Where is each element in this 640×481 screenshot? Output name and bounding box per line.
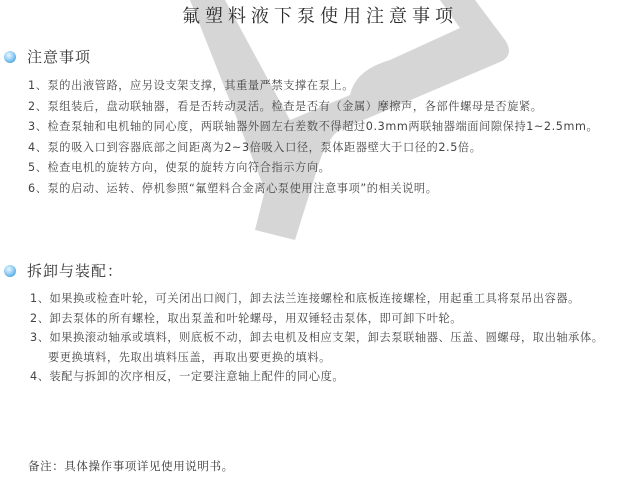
list-item: 2、卸去泵体的所有螺栓，取出泵盖和叶轮螺母，用双锤轻击泵体，即可卸下叶轮。 [30,309,604,329]
list-item-continuation: 要更换填料，先取出填料压盖，再取出要更换的填料。 [30,348,604,368]
list-item: 5、检查电机的旋转方向，使泵的旋转方向符合指示方向。 [28,158,598,179]
list-item: 2、泵组装后，盘动联轴器，看是否转动灵活。检查是否有（金属）摩擦声，各部件螺母是… [28,97,598,118]
list-item: 3、如果换滚动轴承或填料，则底板不动，卸去电机及相应支架，卸去泵联轴器、压盖、圆… [30,328,604,348]
list-item: 3、检查泵轴和电机轴的同心度，两联轴器外圆左右差数不得超过0.3mm两联轴器端面… [28,117,598,138]
page-title: 氟塑料液下泵使用注意事项 [0,2,640,28]
list-item: 4、装配与拆卸的次序相反，一定要注意轴上配件的同心度。 [30,367,604,387]
bullet-circle-icon [4,51,16,63]
section-title: 注意事项 [27,46,91,67]
section-header-disassembly: 拆卸与装配： [4,260,123,281]
watermark-graphic [0,0,640,481]
list-item: 1、泵的出液管路，应另设支架支撑，其重量严禁支撑在泵上。 [28,76,598,97]
list-item: 4、泵的吸入口到容器底部之间距离为2~3倍吸入口径，泵体距器壁大于口径的2.5倍… [28,138,598,159]
section-header-precautions: 注意事项 [4,46,91,67]
disassembly-list: 1、如果换或检查叶轮，可关闭出口阀门，卸去法兰连接螺栓和底板连接螺栓，用起重工具… [30,289,604,387]
list-item: 1、如果换或检查叶轮，可关闭出口阀门，卸去法兰连接螺栓和底板连接螺栓，用起重工具… [30,289,604,309]
footnote: 备注：具体操作事项详见使用说明书。 [28,458,234,474]
section-title: 拆卸与装配： [27,260,123,281]
list-item: 6、泵的启动、运转、停机参照“氟塑料合金离心泵使用注意事项”的相关说明。 [28,179,598,200]
precautions-list: 1、泵的出液管路，应另设支架支撑，其重量严禁支撑在泵上。 2、泵组装后，盘动联轴… [28,76,598,199]
bullet-circle-icon [4,265,16,277]
